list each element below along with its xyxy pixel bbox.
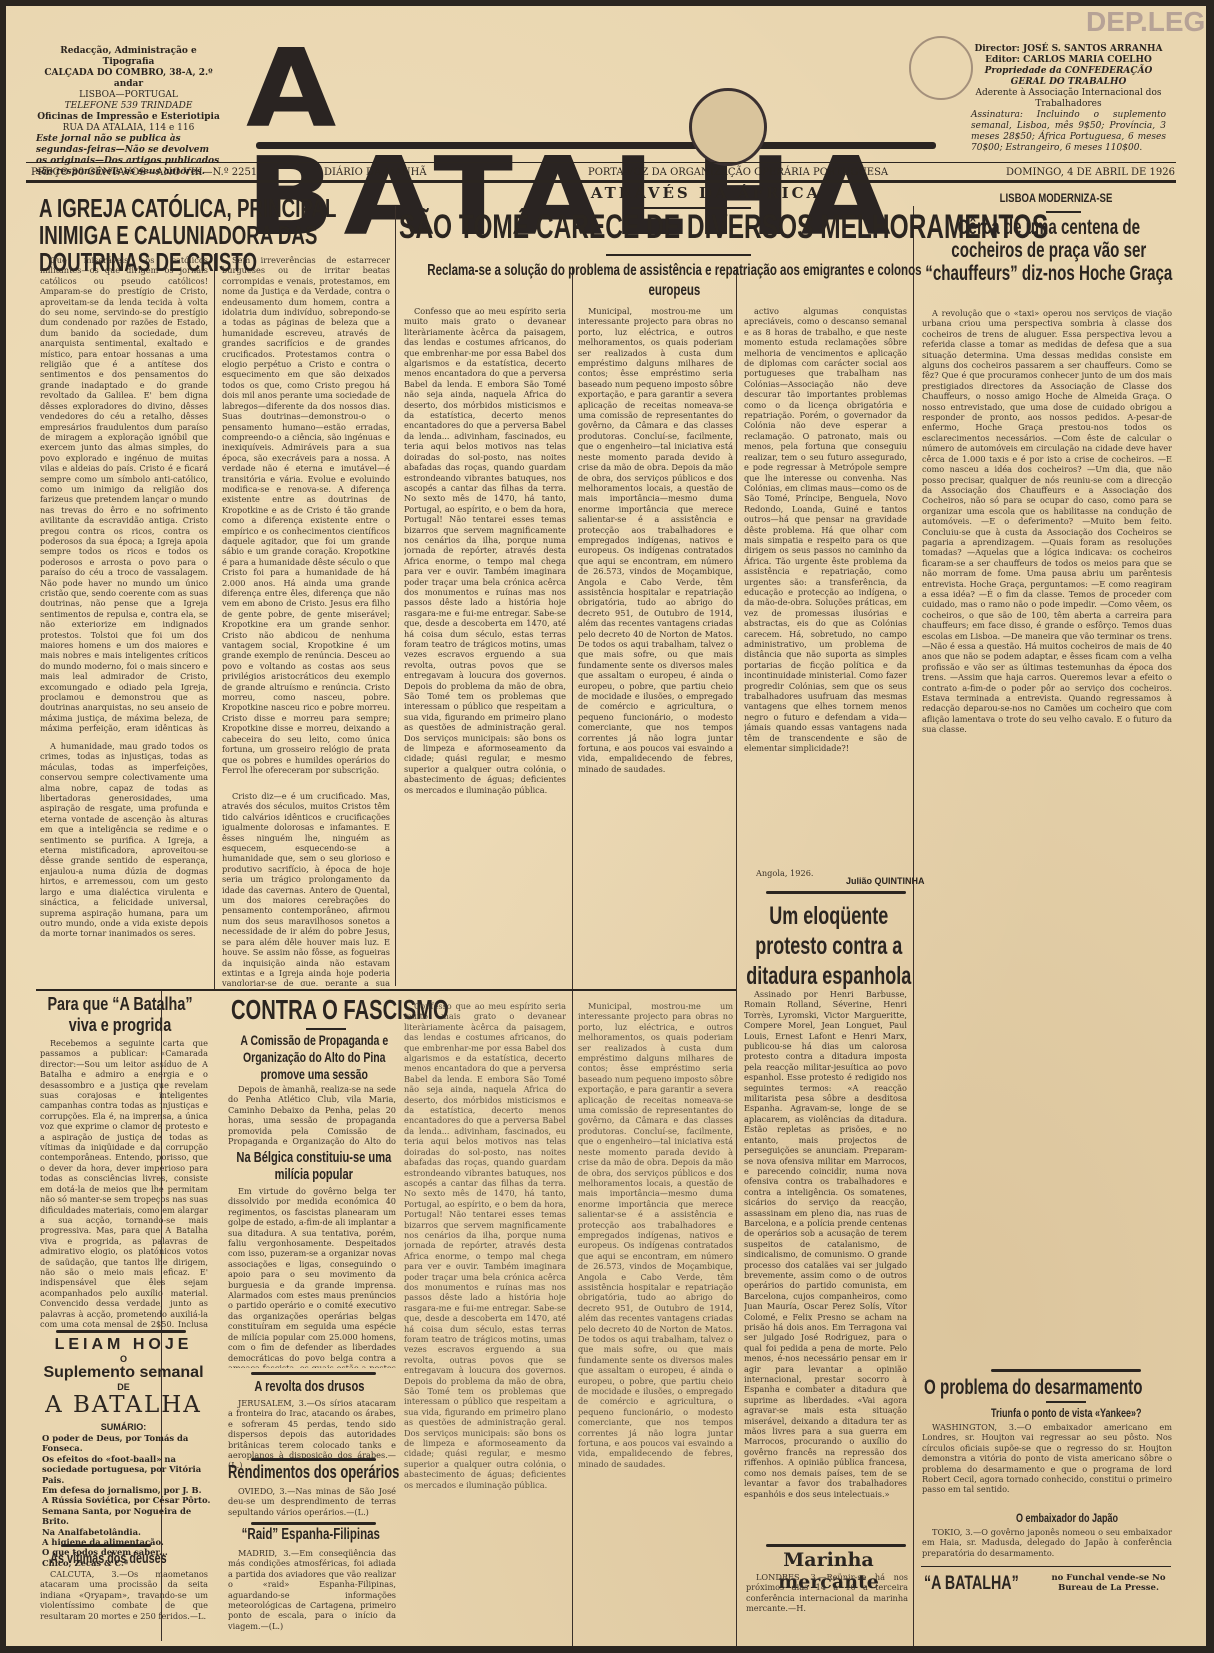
issue-date: DOMINGO, 4 DE ABRIL DE 1926 (1006, 167, 1175, 178)
address-line: Redacção, Administração e Tipografia (36, 46, 221, 68)
sao-tome-column-3: activo algumas conquistas apreciáveis, c… (744, 306, 907, 866)
headline-rule (306, 1028, 346, 1030)
igreja-text-2: Sem irreverências de estarrecer burguese… (222, 255, 390, 775)
deuses-headline: As vítimas dos deuses (40, 1550, 177, 1567)
summary-label: SUMÁRIO: (36, 1422, 211, 1432)
sao-tome-column-1-cont: Confesso que ao meu espírito seria muito… (404, 1001, 566, 1641)
fascismo-body: Depois de àmanhã, realiza-se na sede do … (228, 1084, 396, 1146)
cocheiros-text: A revolução que o «taxi» operou nos serv… (922, 308, 1172, 735)
funchal-name: “A BATALHA” (924, 1573, 1019, 1595)
section-rule (921, 1566, 1171, 1567)
summary-item: Na Analfabetolândia. (42, 1527, 212, 1537)
desarmamento-sub-2: O embaixador do Japão (1016, 1511, 1166, 1525)
newspaper-page: Redacção, Administração e Tipografia CAL… (6, 6, 1206, 1646)
sao-tome-text-1-cont: Confesso que ao meu espírito seria muito… (404, 1001, 566, 1490)
motto: PORTA-VOZ DA ORGANIZAÇÃO OPERÁRIA PORTUG… (588, 167, 888, 178)
headline-rule (606, 254, 751, 256)
marinha-text: LONDRES, 3.—Reünir-se há nos próximos di… (746, 1572, 908, 1614)
desarmamento-headline: O problema do desarmamento (924, 1376, 1169, 1400)
summary-item: Semana Santa, por Nogueira de Brito. (42, 1506, 212, 1527)
desarmamento-text-1: WASHINGTON, 3.—O embaixador americano em… (922, 1422, 1172, 1495)
ornament-rule (991, 1369, 1141, 1372)
suplemento-o: O (36, 1354, 211, 1364)
adherent-line: Aderente à Associação Internacional dos … (971, 88, 1166, 110)
header-editorial-block: Director: JOSÉ S. SANTOS ARRANHA Editor:… (971, 44, 1166, 154)
viva-body: Recebemos a seguinte carta que passamos … (40, 1038, 208, 1328)
marinha-body: LONDRES, 3.—Reünir-se há nos próximos di… (746, 1572, 908, 1614)
director-line: Director: JOSÉ S. SANTOS ARRANHA (971, 44, 1166, 55)
igreja-text-2b: Cristo diz—e é um crucificado. Mas, atra… (222, 791, 390, 986)
kicker-rule (1046, 211, 1081, 213)
address-line: CALÇADA DO COMBRO, 38-A, 2.º andar (36, 68, 221, 90)
viva-headline: Para que “A Batalha” viva e progrida (36, 994, 204, 1036)
deposit-stamp: DEP.LEG. (1086, 6, 1206, 38)
summary-list: O poder de Deus, por Tomás da Fonseca. O… (42, 1433, 212, 1568)
property-line: Propriedade da CONFEDERAÇÃO GERAL DO TRA… (971, 66, 1166, 88)
price-issue: PREÇO 30 CENTAVOS—ANO VIII—N.º 2251 (31, 167, 257, 178)
sao-tome-column-2: Municipal, mostrou-me um interessante pr… (578, 306, 733, 996)
column-rule (395, 206, 396, 986)
address-line: TELEFONE 539 TRINDADE (36, 101, 221, 112)
library-stamp-icon (909, 36, 973, 100)
fascismo-text: Depois de àmanhã, realiza-se na sede do … (228, 1084, 396, 1146)
suplemento-lead: LEIAM HOJE (36, 1336, 211, 1354)
summary-item: Os efeitos do «foot-baall» na sociedade … (42, 1454, 212, 1485)
ornament-rule (251, 1372, 376, 1375)
sao-tome-text-2: Municipal, mostrou-me um interessante pr… (578, 306, 733, 774)
column-rule (913, 206, 914, 1646)
suplemento-box: LEIAM HOJE O Suplemento semanal DE A BAT… (36, 1336, 211, 1432)
igreja-text-1b: A humanidade, mau grado todos os crimes,… (40, 741, 208, 939)
address-line: Oficinas de Impressão e Esteriotipia (36, 112, 221, 123)
address-line: LISBOA—PORTUGAL (36, 90, 221, 101)
subscription-line: Assinatura: Incluindo o suplemento seman… (971, 110, 1166, 154)
ornament-rule (251, 1522, 376, 1525)
summary-item: A Rússia Soviética, por César Pôrto. (42, 1495, 212, 1505)
sao-tome-column-2-cont: Municipal, mostrou-me um interessante pr… (578, 1001, 733, 1641)
daily-label: DIÁRIO DA MANHÃ (324, 167, 427, 178)
igreja-column-2b: Cristo diz—e é um crucificado. Mas, atra… (222, 791, 390, 986)
summary-item: Em defesa do jornalismo, por J. B. (42, 1485, 212, 1495)
funchal-text: no Funchal vende-se No Bureau de La Pres… (1046, 1573, 1171, 1593)
rendimentos-text: OVIEDO, 3.—Nas minas de São José deu-se … (228, 1486, 396, 1517)
sao-tome-author: Julião QUINTINHA (846, 876, 925, 886)
protesto-headline: Um eloqüente protesto contra a ditadura … (746, 901, 912, 991)
seal-emblem-icon (689, 88, 767, 166)
sao-tome-column-1: Confesso que ao meu espírito seria muito… (404, 306, 566, 996)
suplemento-title: Suplemento semanal (36, 1364, 211, 1382)
summary-item: O poder de Deus, por Tomás da Fonseca. (42, 1433, 212, 1454)
igreja-column-1: Que miseráveis os católicos militantes—o… (40, 255, 208, 735)
suplemento-de: DE (36, 1382, 211, 1392)
belgica-body: Em virtude do govêrno belga ter dissolvi… (228, 1186, 396, 1368)
drusos-headline: A revolta dos drusos (228, 1378, 391, 1395)
rendimentos-body: OVIEDO, 3.—Nas minas de São José deu-se … (228, 1486, 396, 1517)
igreja-column-2: Sem irreverências de estarrecer burguese… (222, 255, 390, 785)
cocheiros-kicker: LISBOA MODERNIZA-SE (980, 191, 1132, 205)
ornament-rule (56, 1330, 186, 1333)
belgica-headline: Na Bélgica constituiu-se uma milícia pop… (228, 1149, 400, 1183)
igreja-column-1b: A humanidade, mau grado todos os crimes,… (40, 741, 208, 986)
cocheiros-headline: Cêrca de uma centena de cocheiros de pra… (921, 216, 1177, 285)
fascismo-subhead: A Comissão de Propaganda e Organização d… (228, 1032, 401, 1083)
sao-tome-headline: SÃO TOMÉ CARECE DE DIVERSOS MELHORAMENTO… (399, 209, 917, 245)
ornament-rule (61, 1544, 151, 1547)
sao-tome-text-1: Confesso que ao meu espírito seria muito… (404, 306, 566, 795)
desarmamento-text-2: TOKIO, 3.—O govêrno japonês nomeou o seu… (922, 1527, 1172, 1558)
belgica-text: Em virtude do govêrno belga ter dissolvi… (228, 1186, 396, 1368)
deuses-text: CALCUTA, 3.—Os maometanos atacaram uma p… (40, 1569, 208, 1621)
rendimentos-headline: Rendimentos dos operários (228, 1462, 394, 1483)
address-line: RUA DA ATALAIA, 114 e 116 (36, 123, 221, 134)
igreja-text-1: Que miseráveis os católicos militantes—o… (40, 255, 208, 735)
viva-text: Recebemos a seguinte carta que passamos … (40, 1038, 208, 1328)
desarmamento-body-2: TOKIO, 3.—O govêrno japonês nomeou o seu… (922, 1527, 1172, 1558)
dateline-top-rule (26, 162, 1176, 163)
column-rule (214, 254, 215, 989)
ornament-rule (766, 1544, 906, 1547)
raid-text: MADRID, 3.—Em conseqüência das más condi… (228, 1548, 396, 1631)
protesto-text: Assinado por Henri Barbusse, Romain Roll… (744, 989, 907, 1499)
protesto-body: Assinado por Henri Barbusse, Romain Roll… (744, 989, 907, 1534)
ornament-rule (766, 891, 906, 894)
sao-tome-text-3: activo algumas conquistas apreciáveis, c… (744, 306, 907, 753)
sao-tome-text-2-cont: Municipal, mostrou-me um interessante pr… (578, 1001, 733, 1469)
editor-line: Editor: CARLOS MARIA COELHO (971, 55, 1166, 66)
desarmamento-body-1: WASHINGTON, 3.—O embaixador americano em… (922, 1422, 1172, 1495)
sao-tome-kicker: ATRAVÉS DA ÁFRICA (506, 184, 906, 202)
sao-tome-place: Angola, 1926. (756, 868, 814, 878)
column-rule (572, 268, 573, 1646)
masthead: A BATALHA (246, 36, 946, 146)
suplemento-name: A BATALHA (36, 1392, 211, 1418)
column-rule (736, 268, 737, 1646)
raid-headline: “Raid” Espanha-Filipinas (228, 1526, 394, 1544)
headline-rule (1046, 1401, 1086, 1403)
raid-body: MADRID, 3.—Em conseqüência das más condi… (228, 1548, 396, 1631)
deuses-body: CALCUTA, 3.—Os maometanos atacaram uma p… (40, 1569, 208, 1621)
masthead-underline (256, 142, 936, 149)
ornament-rule (251, 1458, 376, 1461)
sao-tome-subhead: Reclama-se a solução do problema de assi… (426, 261, 923, 301)
desarmamento-sub-1: Triunfa o ponto de vista «Yankee»? (991, 1406, 1171, 1420)
cocheiros-body: A revolução que o «taxi» operou nos serv… (922, 308, 1172, 1358)
dateline-bottom-rule (26, 180, 1176, 183)
header-address-block: Redacção, Administração e Tipografia CAL… (36, 46, 221, 178)
